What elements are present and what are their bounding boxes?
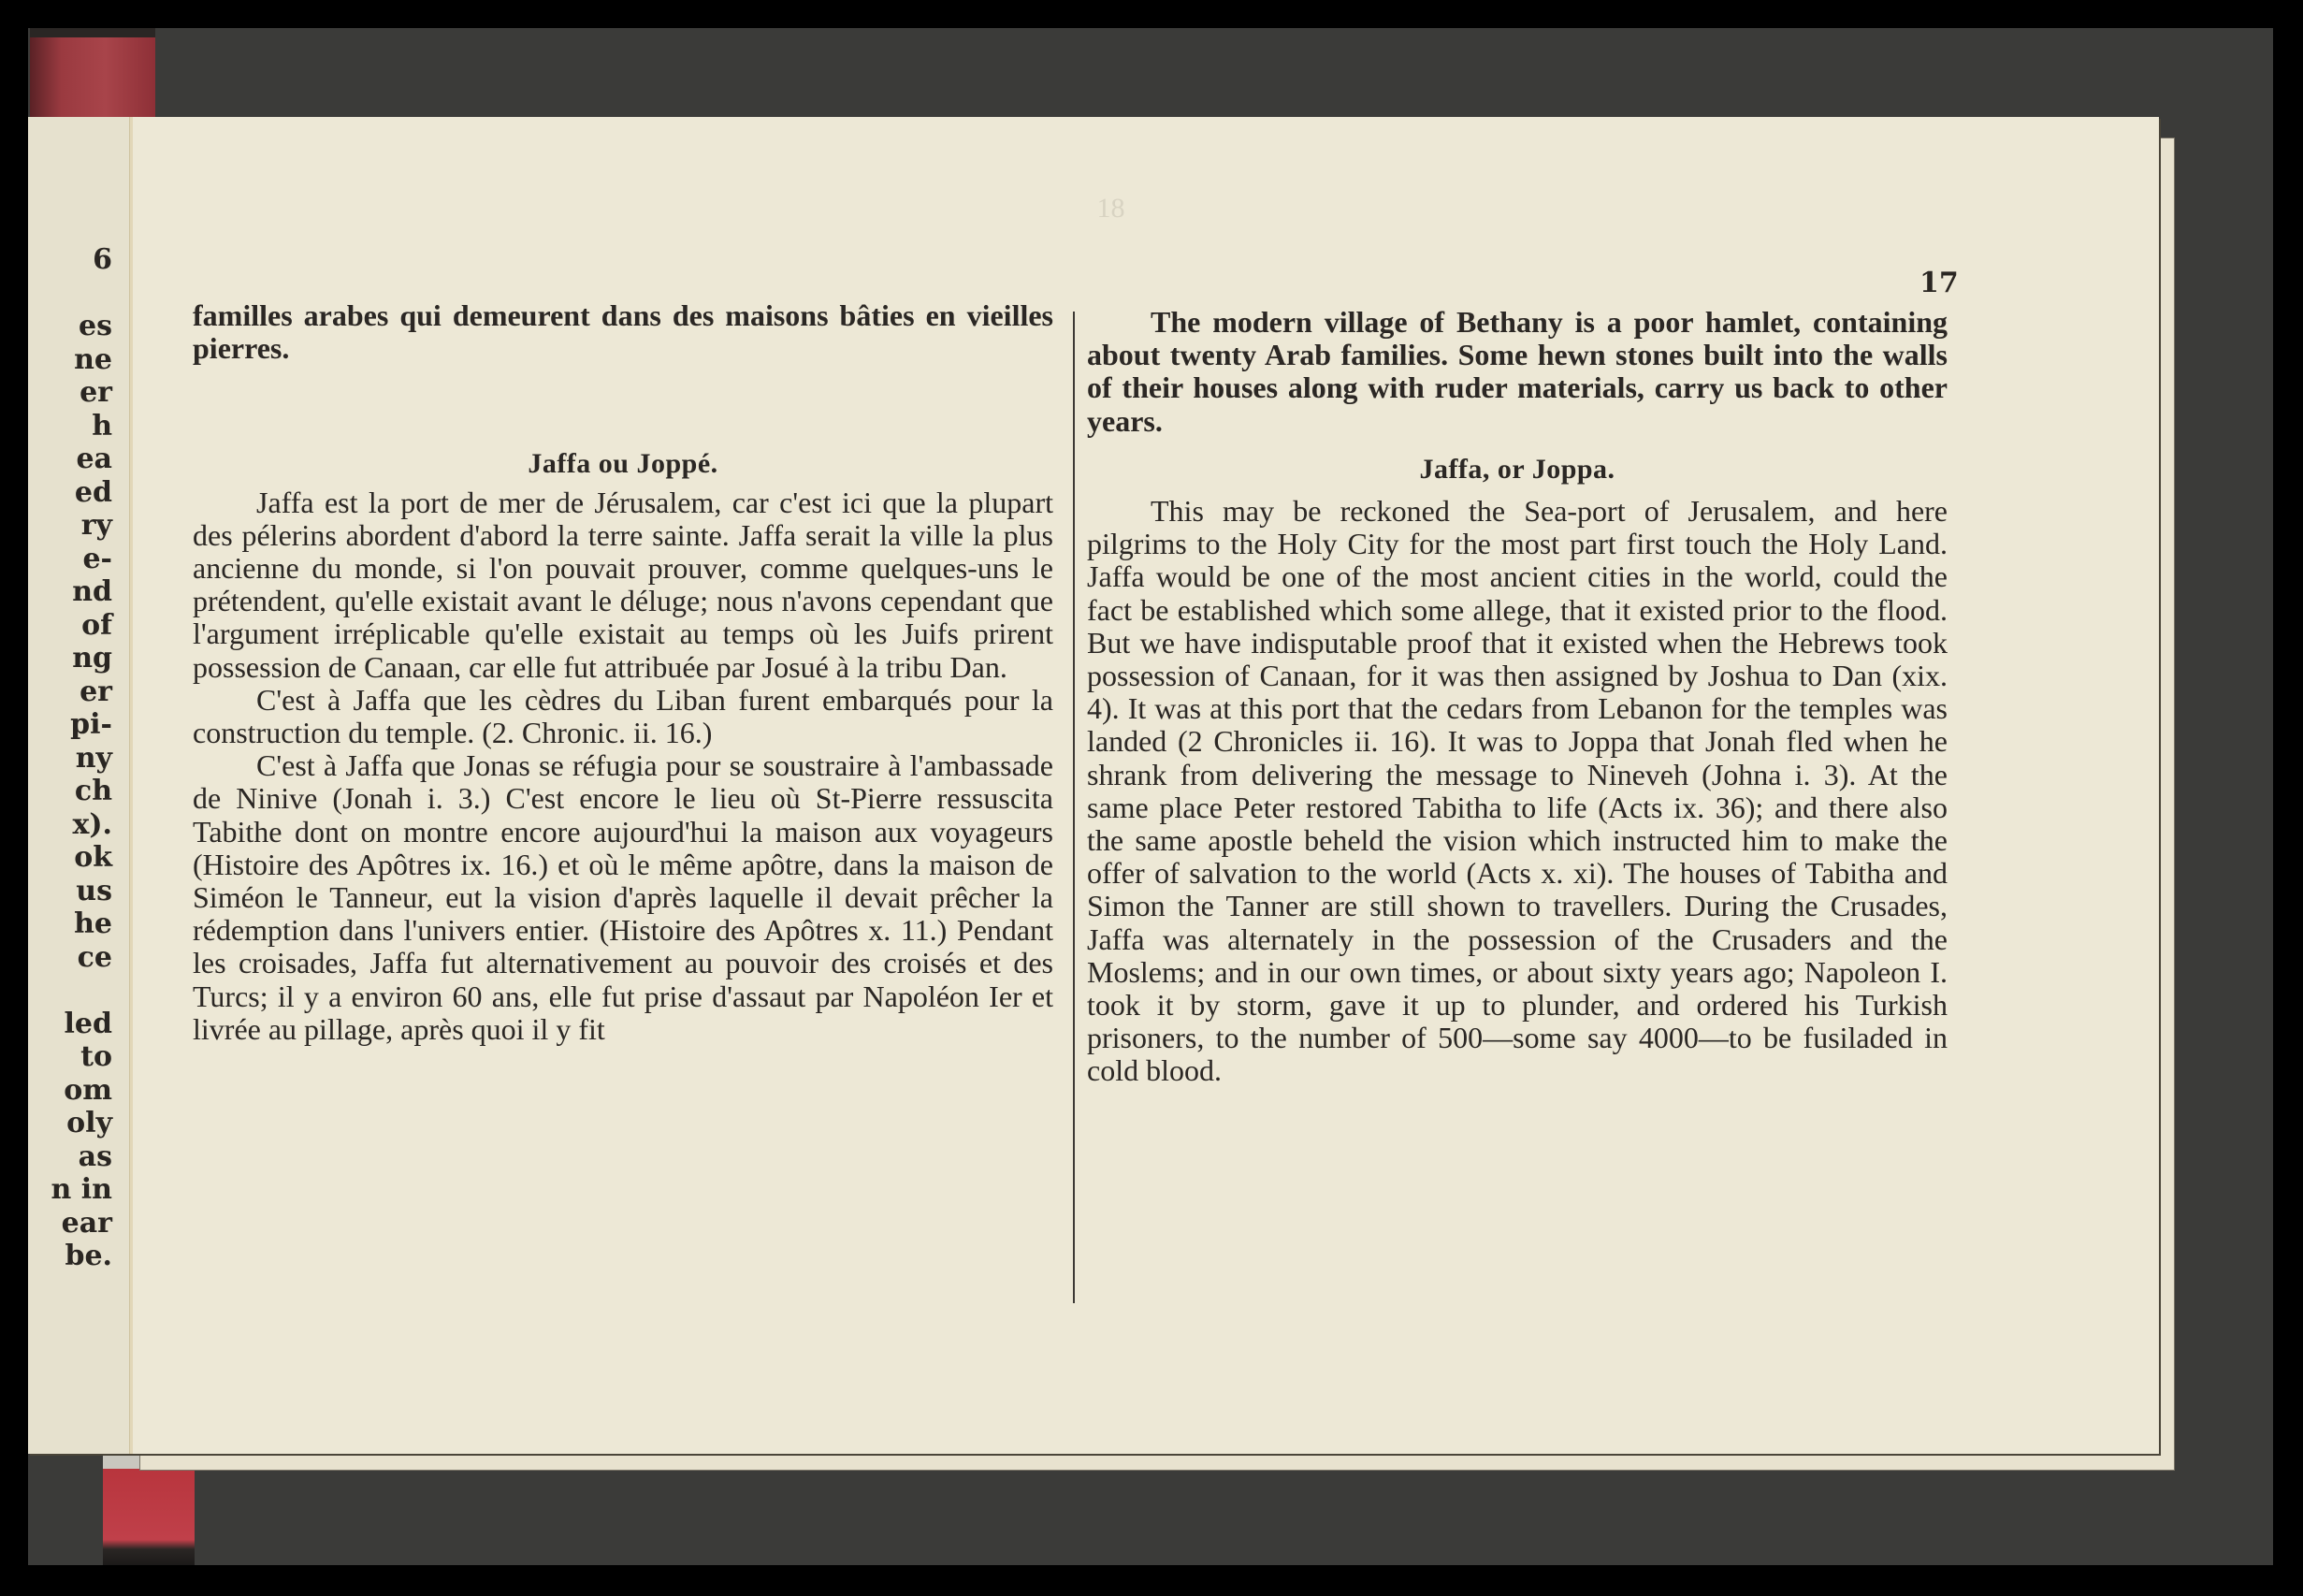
french-column: familles arabes qui demeurent dans des m… (193, 299, 1053, 1046)
show-through-text: 18 (1076, 192, 1125, 225)
french-heading: Jaffa ou Joppé. (193, 447, 1053, 480)
english-column: The modern village of Bethany is a poor … (1087, 306, 1948, 1088)
spine-headband (30, 28, 155, 37)
french-paragraph-3: C'est à Jaffa que Jonas se réfugia pour … (193, 749, 1053, 1046)
english-heading: Jaffa, or Joppa. (1087, 453, 1948, 486)
french-continuation: familles arabes qui demeurent dans des m… (193, 299, 1053, 365)
english-continuation: The modern village of Bethany is a poor … (1087, 306, 1948, 438)
french-paragraph-2: C'est à Jaffa que les cèdres du Liban fu… (193, 684, 1053, 749)
french-paragraph-1: Jaffa est la port de mer de Jérusalem, c… (193, 486, 1053, 684)
column-divider (1073, 312, 1075, 1303)
page-gutter (129, 117, 133, 1454)
english-paragraph-1: This may be reckoned the Sea-port of Jer… (1087, 495, 1948, 1088)
spine-cloth-top (30, 28, 155, 118)
page-number: 17 (1919, 267, 1959, 299)
previous-page-edge: 6 es ne er h ea ed ry e- nd of ng er pi-… (28, 117, 129, 1454)
spine-cloth-bottom (103, 1456, 195, 1565)
book-page: 6 es ne er h ea ed ry e- nd of ng er pi-… (28, 117, 2159, 1454)
previous-page-text-fragments: 6 es ne er h ea ed ry e- nd of ng er pi-… (51, 243, 112, 1273)
